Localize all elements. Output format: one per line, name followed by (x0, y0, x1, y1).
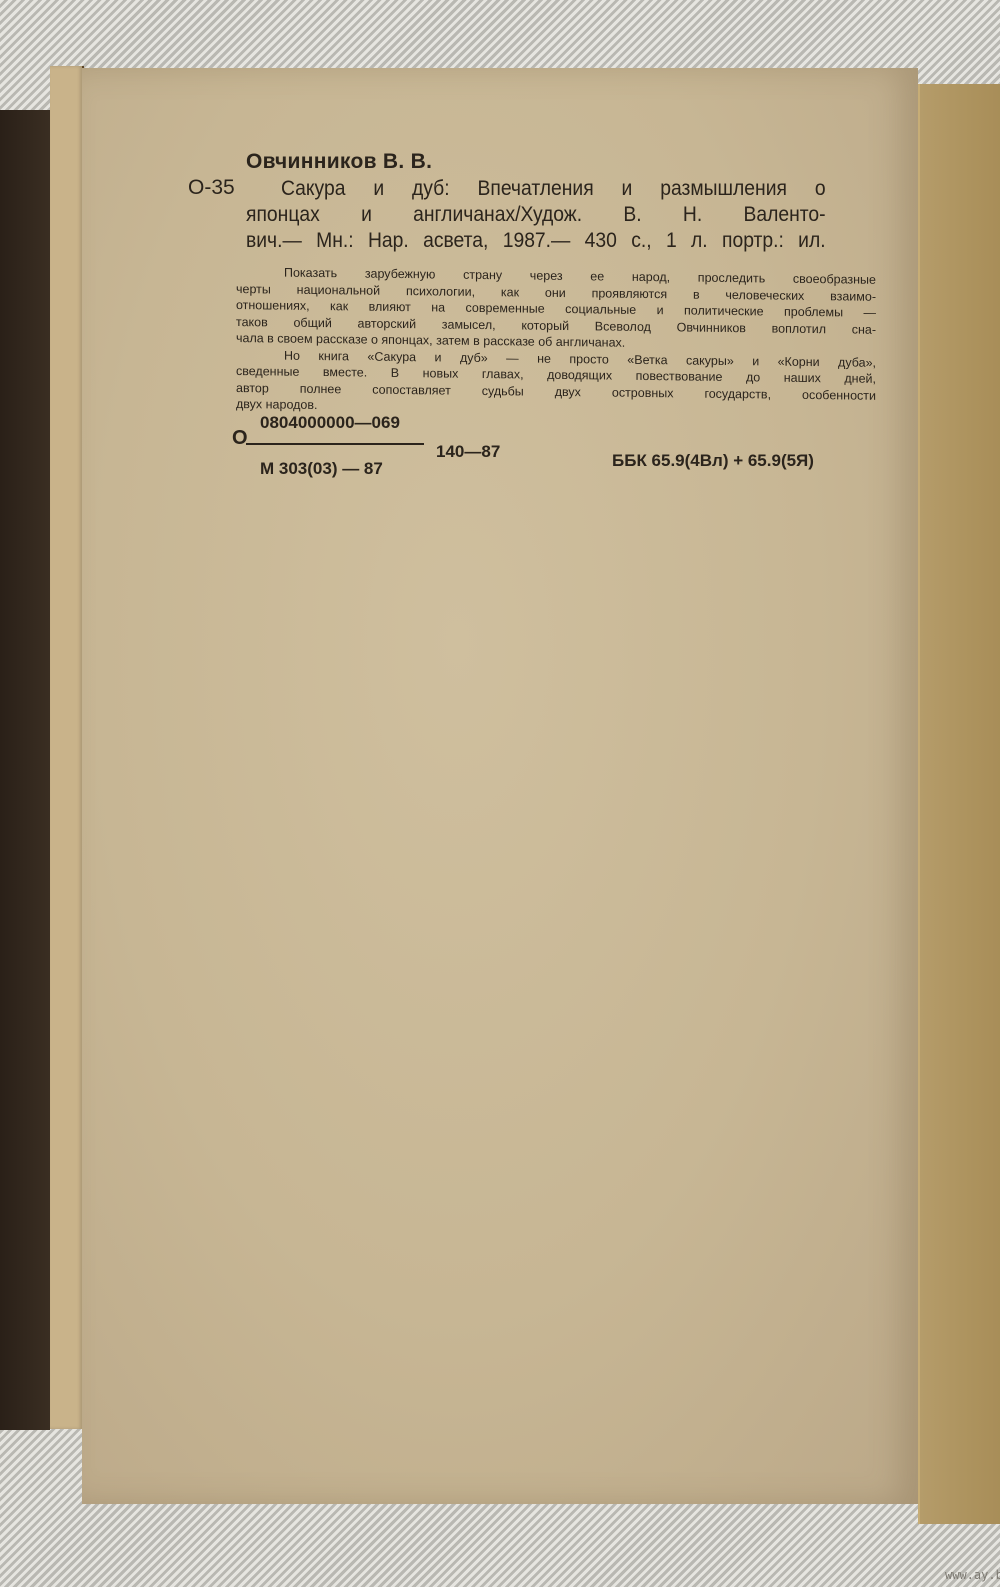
catalog-code: О-35 (188, 176, 235, 200)
isbn-denominator: М 303(03) — 87 (260, 459, 383, 479)
watermark: www.ay.by (945, 1568, 1000, 1582)
table-shadow (0, 110, 50, 1430)
book-cover-left-edge (50, 66, 84, 1429)
isbn-letter: О (232, 427, 248, 450)
book-cover-right-edge (918, 84, 1000, 1524)
author-name: Овчинников В. В. (246, 150, 432, 174)
biblio-line: японцах и англичанах/Худож. В. Н. Валент… (246, 202, 826, 228)
biblio-line: Сакура и дуб: Впечатления и размышления … (246, 176, 826, 202)
isbn-numerator: 0804000000—069 (260, 413, 400, 433)
annotation: Показать зарубежную страну через ее наро… (236, 264, 876, 420)
bibliographic-description: Сакура и дуб: Впечатления и размышления … (246, 176, 826, 254)
biblio-line: вич.— Мн.: Нар. асвета, 1987.— 430 с., 1… (246, 228, 826, 254)
bbk-code: ББК 65.9(4Вл) + 65.9(5Я) (612, 451, 814, 471)
fraction-line (246, 443, 424, 445)
isbn-suffix: 140—87 (436, 442, 500, 462)
